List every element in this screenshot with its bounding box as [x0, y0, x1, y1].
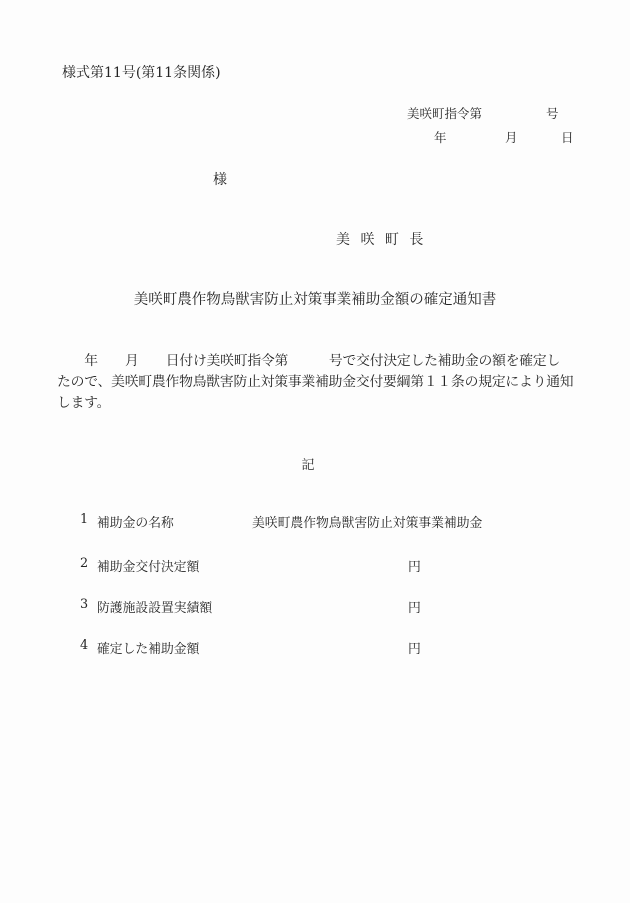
document-title: 美咲町農作物鳥獣害防止対策事業補助金額の確定通知書: [0, 288, 630, 309]
form-number-notation: 様式第11号(第11条関係): [62, 62, 221, 82]
date-month-label: 月: [505, 128, 518, 146]
ki-section-heading: 記: [0, 454, 616, 473]
body-paragraph-line-2: たので、美咲町農作物鳥獣害防止対策事業補助金交付要綱第１１条の規定により通知: [57, 370, 573, 390]
item-label: 確定した補助金額: [97, 638, 199, 657]
item-value-yen-unit: 円: [408, 638, 421, 657]
directive-number-prefix: 美咲町指令第: [407, 104, 482, 122]
list-item-subsidy-name: 1 補助金の名称 美咲町農作物鳥獣害防止対策事業補助金: [0, 512, 630, 532]
directive-number-suffix: 号: [546, 104, 559, 122]
list-item-confirmed-subsidy-amount: 4 確定した補助金額 円: [0, 638, 630, 658]
date-day-label: 日: [561, 128, 574, 146]
item-number: 2: [80, 556, 88, 571]
body-paragraph-line-1: 年 月 日付け美咲町指令第 号で交付決定した補助金の額を確定し: [57, 349, 560, 369]
item-number: 4: [80, 638, 88, 653]
sender-mayor-title: 美 咲 町 長: [336, 229, 426, 249]
item-value: 美咲町農作物鳥獣害防止対策事業補助金: [252, 512, 482, 531]
date-year-label: 年: [434, 128, 447, 146]
list-item-facility-actual-amount: 3 防護施設設置実績額 円: [0, 597, 630, 617]
recipient-honorific: 様: [213, 169, 227, 189]
item-value-yen-unit: 円: [408, 597, 421, 616]
item-number: 3: [80, 597, 88, 612]
item-label: 防護施設設置実績額: [97, 597, 212, 616]
item-label: 補助金交付決定額: [97, 556, 199, 575]
body-paragraph-line-3: します。: [57, 391, 110, 411]
item-value-yen-unit: 円: [408, 556, 421, 575]
item-number: 1: [80, 512, 88, 527]
document-page: 様式第11号(第11条関係) 美咲町指令第 号 年 月 日 様 美 咲 町 長 …: [0, 0, 630, 903]
list-item-grant-decision-amount: 2 補助金交付決定額 円: [0, 556, 630, 576]
item-label: 補助金の名称: [97, 512, 174, 531]
